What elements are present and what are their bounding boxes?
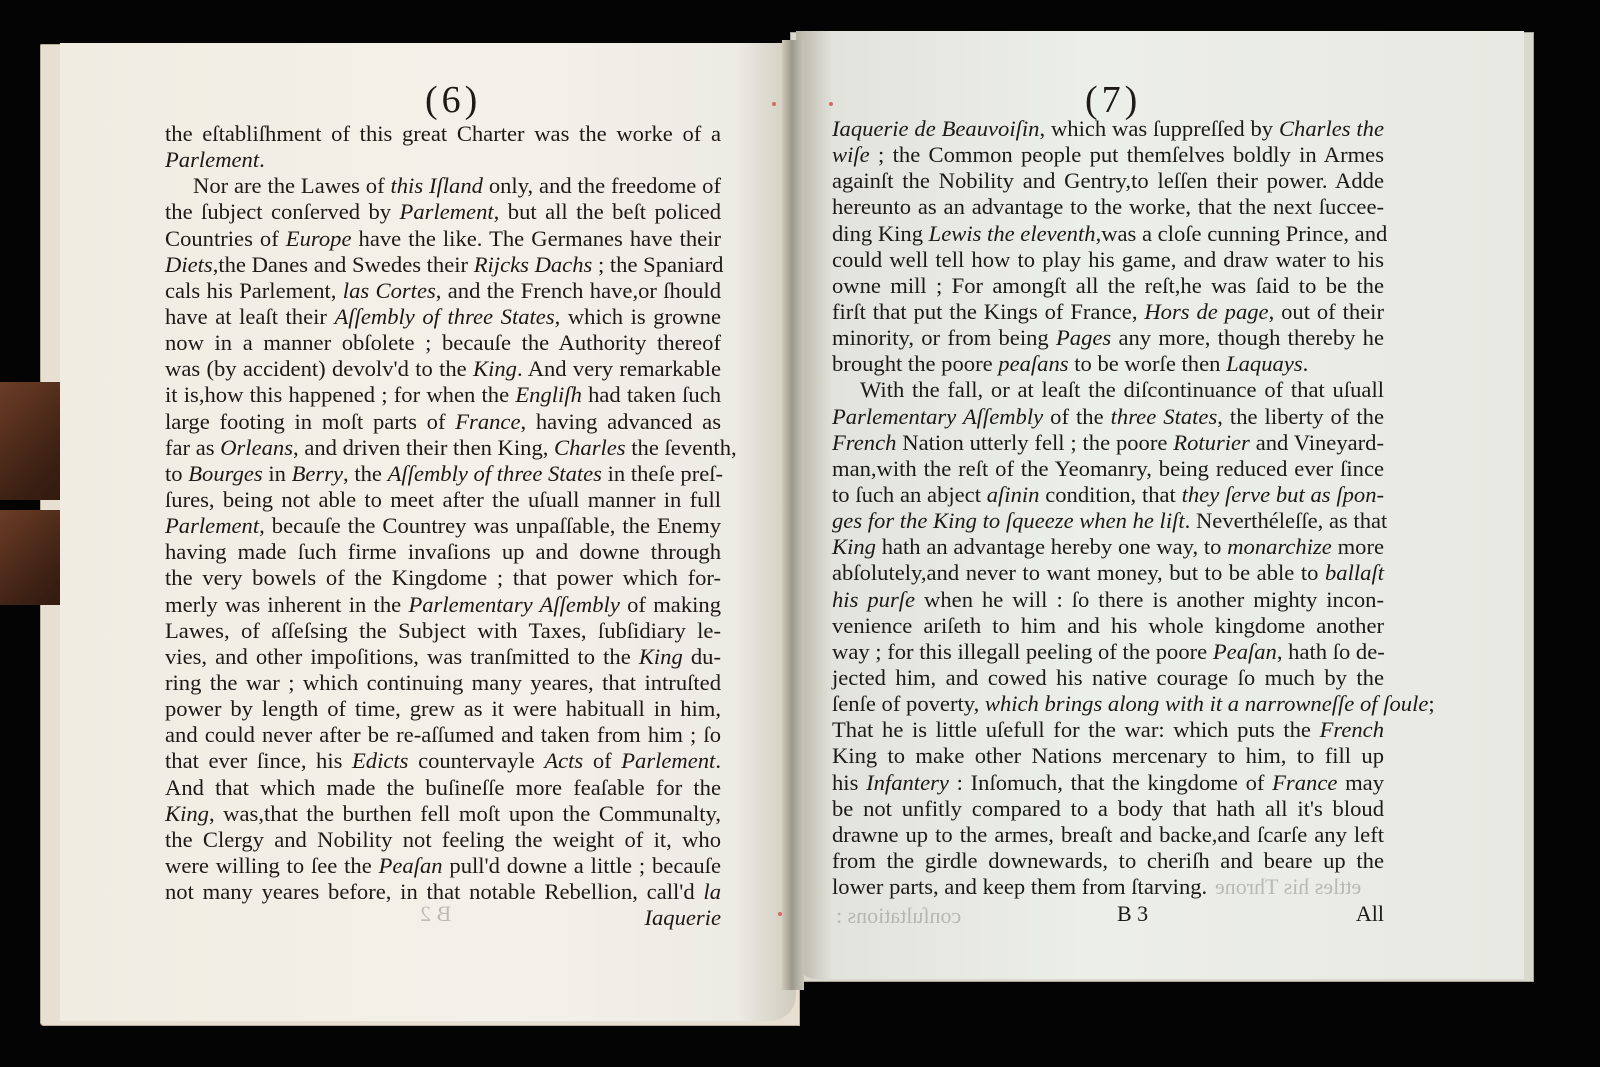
text-line: Lawes, of aſſeſsing the Subject with Tax… xyxy=(165,618,721,644)
text-line: to Bourges in Berry, the Aſſembly of thr… xyxy=(165,461,721,487)
text-line: King, was,that the burthen fell moſt upo… xyxy=(165,801,721,827)
text-line: and could never after be re-aſſumed and … xyxy=(165,722,721,748)
text-line: And that which made the buſineſſe more f… xyxy=(165,775,721,801)
text-line: ding King Lewis the eleventh,was a cloſe… xyxy=(832,221,1384,247)
text-line: abſolutely,and never to want money, but … xyxy=(832,560,1384,586)
catchword-right: All xyxy=(1356,901,1384,927)
open-book: (6) the eſtabliſhment of this great Char… xyxy=(0,0,1600,1067)
text-line: his purſe when he will : ſo there is ano… xyxy=(832,587,1384,613)
text-line: merly was inherent in the Parlementary A… xyxy=(165,592,721,618)
text-line: was (by accident) devolv'd to the King. … xyxy=(165,356,721,382)
text-line: Parlementary Aſſembly of the three State… xyxy=(832,404,1384,430)
text-line: his Infantery : Inſomuch, that the kingd… xyxy=(832,770,1384,796)
text-line: the very bowels of the Kingdome ; that p… xyxy=(165,565,721,591)
text-line: having made ſuch firme invaſions up and … xyxy=(165,539,721,565)
text-line: hereunto as an advantage to the worke, t… xyxy=(832,194,1384,220)
page-number-left: (6) xyxy=(425,78,481,122)
text-line: With the fall, or at leaſt the diſcontin… xyxy=(832,377,1384,403)
book-gutter xyxy=(782,40,804,990)
text-line: Nor are the Lawes of this Iſland only, a… xyxy=(165,173,721,199)
signature-mark: B 3 xyxy=(1117,901,1148,927)
ink-speck xyxy=(829,102,833,106)
text-line: cals his Parlement, las Cortes, and the … xyxy=(165,278,721,304)
text-line: againſt the Nobility and Gentry,to leſſe… xyxy=(832,168,1384,194)
text-line: wiſe ; the Common people put themſelves … xyxy=(832,142,1384,168)
text-line: far as Orleans, and driven their then Ki… xyxy=(165,435,721,461)
text-line: King to make other Nations mercenary to … xyxy=(832,743,1384,769)
text-line: the eſtabliſhment of this great Charter … xyxy=(165,121,721,147)
text-line: ges for the King to ſqueeze when he liſt… xyxy=(832,508,1384,534)
text-line: ring the war ; which continuing many yea… xyxy=(165,670,721,696)
show-through-line: ettles his Throne xyxy=(1215,874,1361,900)
show-through-signature: B 2 xyxy=(420,901,451,927)
text-line: from the girdle downewards, to cheriſh a… xyxy=(832,848,1384,874)
text-line: power by length of time, grew as it were… xyxy=(165,696,721,722)
text-line: that ever ſince, his Edicts countervayle… xyxy=(165,748,721,774)
text-line: That he is little uſefull for the war: w… xyxy=(832,717,1384,743)
text-line: the ſubject conſerved by Parlement, but … xyxy=(165,199,721,225)
right-page-text: Iaquerie de Beauvoiſin, which was ſuppre… xyxy=(832,116,1384,900)
text-line: venience ariſeth to him and his whole ki… xyxy=(832,613,1384,639)
text-line: were willing to ſee the Peaſan pull'd do… xyxy=(165,853,721,879)
text-line: vies, and other impoſitions, was tranſmi… xyxy=(165,644,721,670)
text-line: brought the poore peaſans to be worſe th… xyxy=(832,351,1384,377)
text-line: ſenſe of poverty, which brings along wit… xyxy=(832,691,1384,717)
text-line: large footing in moſt parts of France, h… xyxy=(165,409,721,435)
text-line: Iaquerie de Beauvoiſin, which was ſuppre… xyxy=(832,116,1384,142)
text-line: it is,how this happened ; for when the E… xyxy=(165,382,721,408)
text-line: Diets,the Danes and Swedes their Rijcks … xyxy=(165,252,721,278)
text-line: owne mill ; For amongſt all the reſt,he … xyxy=(832,273,1384,299)
text-line: have at leaſt their Aſſembly of three St… xyxy=(165,304,721,330)
text-line: Parlement. xyxy=(165,147,721,173)
text-line: French Nation utterly fell ; the poore R… xyxy=(832,430,1384,456)
text-line: firſt that put the Kings of France, Hors… xyxy=(832,299,1384,325)
text-line: the Clergy and Nobility not feeling the … xyxy=(165,827,721,853)
text-line: Countries of Europe have the like. The G… xyxy=(165,226,721,252)
show-through-word: conſultations : xyxy=(836,903,961,929)
text-line: to ſuch an abject aſinin condition, that… xyxy=(832,482,1384,508)
text-line: minority, or from being Pages any more, … xyxy=(832,325,1384,351)
text-line: drawne up to the armes, breaſt and backe… xyxy=(832,822,1384,848)
text-line: now in a manner obſolete ; becauſe the A… xyxy=(165,330,721,356)
ink-speck xyxy=(778,912,782,916)
text-line: ſures, being not able to meet after the … xyxy=(165,487,721,513)
text-line: way ; for this illegall peeling of the p… xyxy=(832,639,1384,665)
text-line: jected him, and cowed his native courage… xyxy=(832,665,1384,691)
text-line: could well tell how to play his game, an… xyxy=(832,247,1384,273)
text-line: King hath an advantage hereby one way, t… xyxy=(832,534,1384,560)
left-page-text: the eſtabliſhment of this great Charter … xyxy=(165,121,721,931)
ink-speck xyxy=(772,102,776,106)
text-line: man,with the reſt of the Yeomanry, being… xyxy=(832,456,1384,482)
text-line: Parlement, becauſe the Countrey was unpa… xyxy=(165,513,721,539)
text-line: be not unfitly compared to a body that h… xyxy=(832,796,1384,822)
